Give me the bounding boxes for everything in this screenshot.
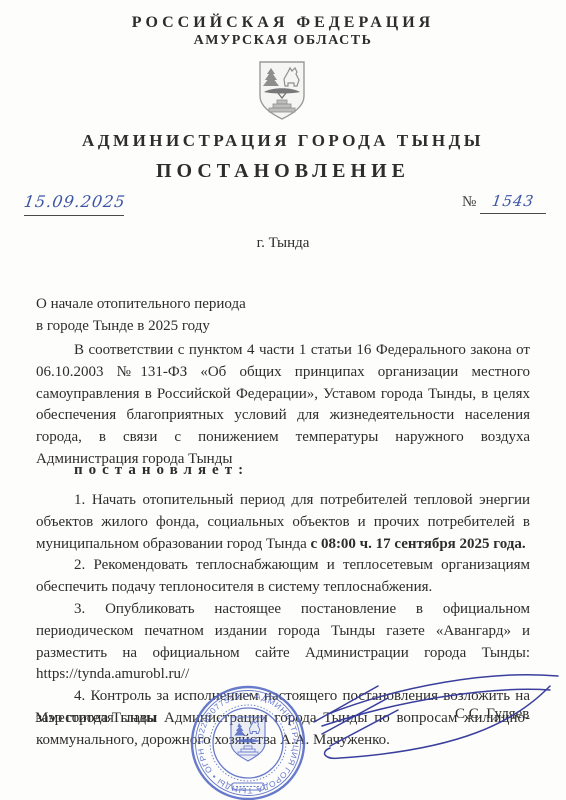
number-sign: № xyxy=(462,194,476,210)
header-organization: АДМИНИСТРАЦИЯ ГОРОДА ТЫНДЫ xyxy=(0,131,566,151)
official-stamp: • АДМИНИСТРАЦИЯ ГОРОДА ТЫНДЫ • ОГРН 1022… xyxy=(188,683,308,800)
item-1: 1. Начать отопительный период для потреб… xyxy=(36,490,530,555)
stamp-shield-icon xyxy=(231,717,265,761)
preamble: В соответствии с пунктом 4 части 1 стать… xyxy=(36,340,530,471)
document-type-title: ПОСТАНОВЛЕНИЕ xyxy=(0,160,566,183)
mayor-signature xyxy=(300,660,566,783)
header-region: АМУРСКАЯ ОБЛАСТЬ xyxy=(0,33,566,49)
subject-line2: в городе Тынде в 2025 году xyxy=(36,316,246,338)
header-country: РОССИЙСКАЯ ФЕДЕРАЦИЯ xyxy=(0,14,566,32)
city-line: г. Тында xyxy=(0,235,566,252)
subject-block: О начале отопительного периода в городе … xyxy=(36,294,246,337)
number-field: №1543 xyxy=(462,192,558,214)
handwritten-number: 1543 xyxy=(491,192,536,210)
item-2: 2. Рекомендовать теплоснабжающим и тепло… xyxy=(36,555,530,599)
date-field: 15.09.2025 xyxy=(24,192,124,216)
resolves-word: постановляет: xyxy=(74,462,249,479)
handwritten-date: 15.09.2025 xyxy=(23,192,127,211)
item-2-text: 2. Рекомендовать теплоснабжающим и тепло… xyxy=(36,557,530,595)
signer-position: Мэр города Тынды xyxy=(35,710,156,727)
preamble-paragraph: В соответствии с пунктом 4 части 1 стать… xyxy=(36,340,530,471)
coat-of-arms-icon xyxy=(250,60,314,127)
item-1-bold-text: с 08:00 ч. 17 сентября 2025 года. xyxy=(311,536,526,552)
subject-line1: О начале отопительного периода xyxy=(36,294,246,316)
